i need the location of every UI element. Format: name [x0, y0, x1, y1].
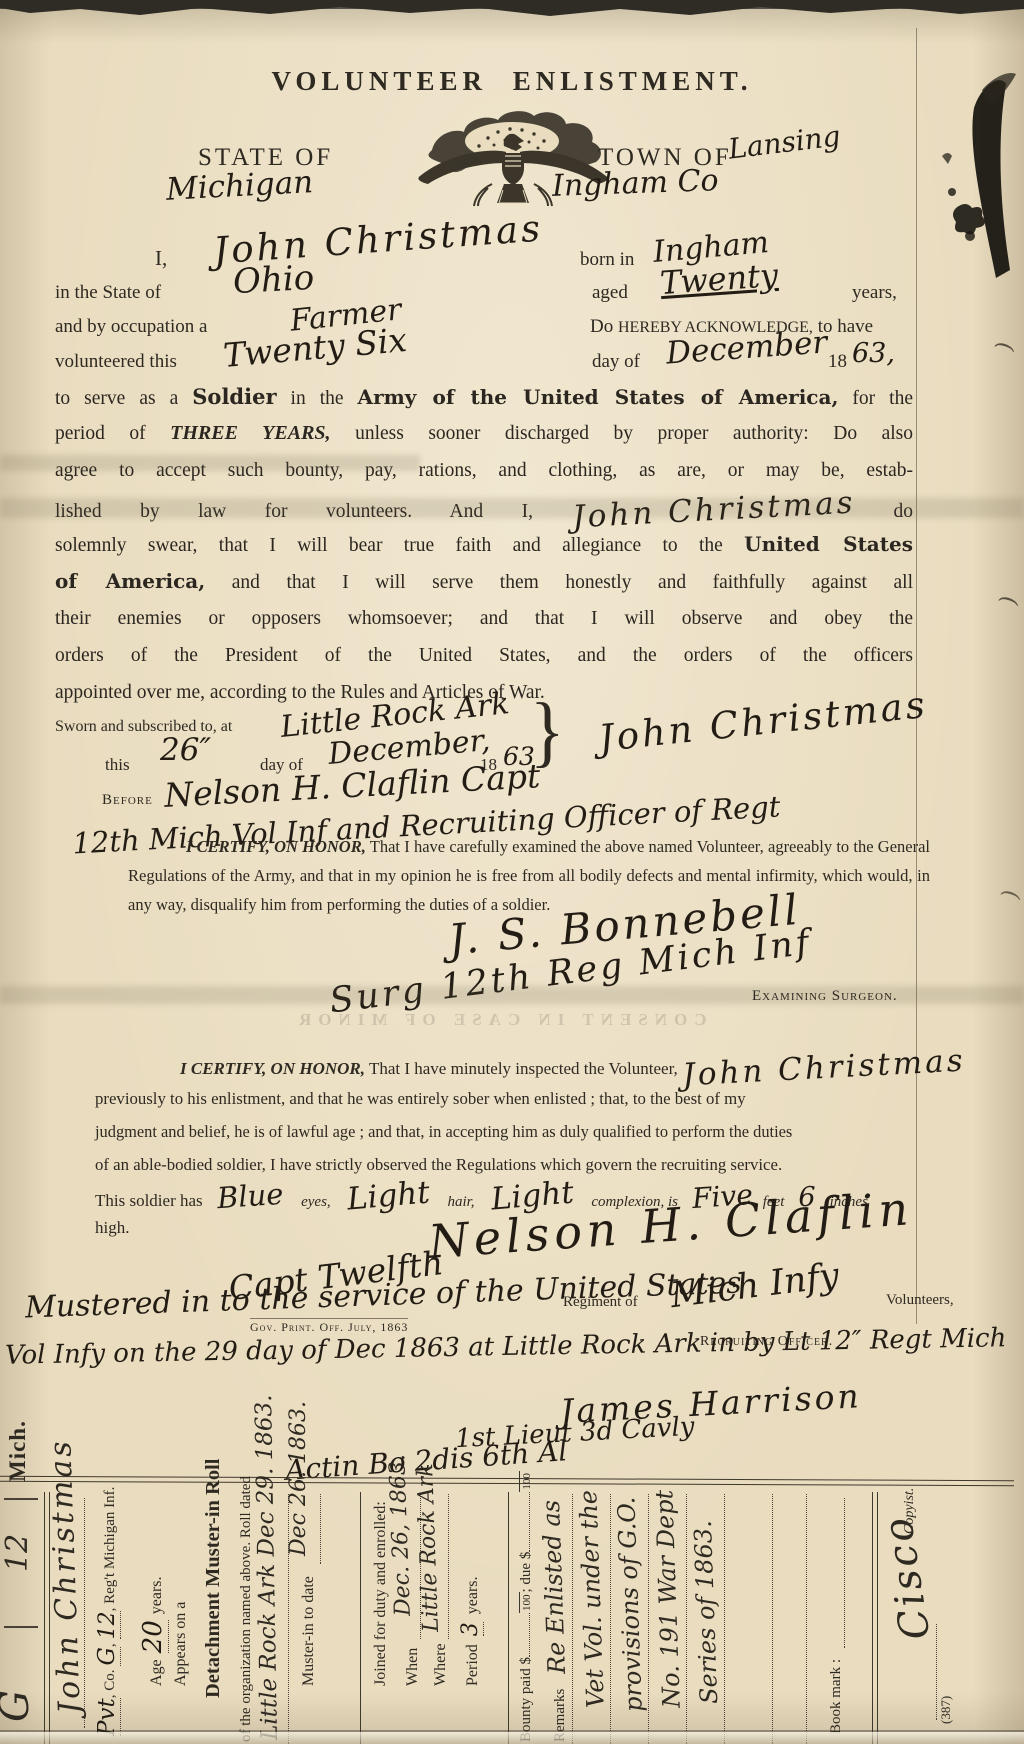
stub-rotated-content: G 12 Mich. John Christmas Pvt , Co. G , … — [0, 1486, 1024, 1744]
stub-age-line: Age 20 years. — [138, 1576, 169, 1686]
oath-i-label: I, — [155, 246, 167, 271]
volunteer-name-inspected: John Christmas — [682, 1043, 967, 1094]
stub-section-rule — [508, 1492, 509, 1744]
volunteer-enlistment-scan: VOLUNTEER ENLISTMENT. — [0, 0, 1024, 1744]
stub-remark-5: Series of 1863. — [689, 1520, 723, 1704]
stub-where-value: Little Rock Ark — [413, 1463, 444, 1632]
oath-line-6: period of THREE YEARS, unless sooner dis… — [55, 415, 913, 452]
stub-rank-line: Pvt , Co. G , 12 , Reg't Michigan Inf. — [94, 1487, 121, 1736]
stub-due-blank — [529, 1492, 530, 1552]
stub-dotted-rule — [572, 1494, 573, 1744]
stub-co-label: , Co. — [102, 1670, 119, 1699]
stub-regt-label: , Reg't Michigan Inf. — [102, 1487, 119, 1612]
stub-dotted-rule — [772, 1494, 773, 1744]
day-of-label: day of — [592, 351, 640, 373]
stub-cell-divider — [4, 1627, 38, 1629]
stub-dotted-rule — [686, 1494, 687, 1744]
stub-muster-label: Muster-in to date — [300, 1576, 318, 1686]
stub-section-rule — [360, 1492, 361, 1744]
stub-sep: , — [102, 1643, 119, 1647]
muster-note-line-2: Vol Infy on the 29 day of Dec 1863 at Li… — [5, 1323, 1007, 1370]
scan-smudge — [0, 498, 1024, 518]
army-words: Army of the United States of America, — [358, 385, 839, 409]
muster-in-roll-stub: G 12 Mich. John Christmas Pvt , Co. G , … — [0, 1486, 1024, 1744]
certify-lead: I CERTIFY, ON HONOR, — [180, 1059, 365, 1078]
soldier-has-label: This soldier has — [95, 1191, 203, 1211]
stub-dotted-rule — [320, 1494, 321, 1564]
hair-value: Light — [345, 1174, 431, 1217]
oath-line-10: of America, and that I will serve them h… — [55, 563, 913, 601]
stub-form-number: (387) — [938, 1696, 954, 1724]
county-value: Ingham Co — [551, 163, 719, 204]
ack-do: Do — [590, 316, 618, 337]
eyes-label: eyes, — [301, 1194, 331, 1211]
certify-lead: I CERTIFY, ON HONOR, — [186, 837, 366, 856]
state-of-value: Michigan — [165, 164, 314, 208]
year-printed: 18 — [828, 351, 847, 373]
text: solemnly swear, that I will bear true fa… — [55, 535, 744, 556]
stub-period-line: Period 3 years. — [458, 1576, 484, 1686]
town-of-value: Lansing — [726, 119, 842, 165]
form-title: VOLUNTEER ENLISTMENT. — [0, 66, 1024, 97]
stub-separator-rule — [0, 1476, 1014, 1486]
stub-period-years: years. — [464, 1576, 482, 1614]
volunteered-label: volunteered this — [55, 351, 177, 373]
sworn-day-value: 26″ — [160, 732, 211, 768]
stub-muster-value: Dec 26. 1863. — [286, 1401, 311, 1556]
text: to serve as a — [55, 388, 192, 409]
text: in the — [277, 388, 358, 409]
stub-cell-divider — [4, 1499, 38, 1501]
text: for the — [838, 388, 913, 409]
united-states-words: United States — [744, 532, 913, 556]
years-label: years, — [852, 282, 897, 304]
occupation-label: and by occupation a — [55, 316, 207, 338]
stub-state: Mich. — [5, 1420, 31, 1482]
oath-line-5: to serve as a Soldier in the Army of the… — [55, 378, 913, 417]
year-value: 63, — [852, 338, 895, 369]
stub-bounty-frac: 100 — [519, 1593, 533, 1614]
volunteered-value: Twenty Six — [222, 320, 409, 375]
state-of-birth-label: in the State of — [55, 282, 161, 304]
recruit-certify-line-d: of an able-bodied soldier, I have strict… — [95, 1155, 928, 1175]
stub-remark-3: provisions of G.O. — [612, 1496, 647, 1712]
stub-remark-2: Vet Vol. under the — [574, 1490, 610, 1709]
scan-smudge — [0, 455, 420, 471]
oath-line-12: orders of the President of the United St… — [55, 637, 913, 674]
stub-when-label: When — [404, 1648, 422, 1686]
stub-dotted-rule — [610, 1494, 611, 1744]
high-label: high. — [95, 1218, 129, 1238]
stub-dotted-rule — [648, 1494, 649, 1744]
aged-value: Twenty — [659, 256, 779, 302]
margin-mark: ( — [991, 341, 1017, 352]
of-america-words: of America, — [55, 569, 205, 593]
stub-appears-label: Appears on a — [172, 1602, 190, 1686]
examining-surgeon-label: Examining Surgeon. — [752, 988, 898, 1005]
stub-due-frac: 100 — [519, 1471, 533, 1492]
aged-label: aged — [592, 282, 628, 304]
stub-dotted-rule — [806, 1494, 807, 1744]
stub-dotted-rule — [844, 1498, 845, 1648]
this-label: this — [105, 755, 130, 775]
text: period of — [55, 423, 170, 444]
stub-period-value: 3 — [458, 1622, 484, 1636]
stub-period-label: Period — [464, 1644, 482, 1686]
bleed-through-text: CONSENT IN CASE OF MINOR — [292, 1010, 707, 1030]
born-in-label: born in — [580, 249, 634, 271]
stub-copyist-line — [936, 1624, 937, 1720]
recruit-certify-line-c: judgment and belief, he is of lawful age… — [95, 1122, 928, 1142]
eyes-value: Blue — [216, 1177, 285, 1216]
stub-due-label: ; due $ — [518, 1552, 535, 1593]
stub-dotted-rule — [724, 1494, 725, 1744]
stub-company: G — [0, 1690, 38, 1722]
stub-where-label: Where — [432, 1643, 450, 1686]
stub-age-label: Age — [148, 1659, 166, 1686]
federal-eagle-emblem — [404, 104, 624, 222]
oath-line-11: their enemies or opposers whomsoever; an… — [55, 600, 913, 637]
stub-dotted-rule — [448, 1494, 449, 1639]
stub-age-value: 20 — [138, 1620, 169, 1653]
oath-line-9: solemnly swear, that I will bear true fa… — [55, 526, 913, 564]
stub-bookmark-label: Book mark : — [828, 1659, 845, 1734]
stub-age-years: years. — [148, 1576, 166, 1614]
stub-co-value: G — [94, 1647, 121, 1665]
margin-mark: ( — [997, 889, 1023, 900]
text: and that I will serve them honestly and … — [205, 572, 913, 593]
soldier-word: Soldier — [192, 384, 276, 409]
stub-roll-title: Detachment Muster-in Roll — [202, 1459, 225, 1699]
stub-regt-value: 12 — [95, 1611, 121, 1639]
ink-blot — [912, 60, 1024, 300]
text: unless sooner discharged by proper autho… — [331, 423, 913, 444]
recruit-certify-line-a: I CERTIFY, ON HONOR, That I have minutel… — [95, 1046, 966, 1082]
state-of-birth-value: Ohio — [232, 258, 315, 302]
stub-remark-4: No. 191 War Dept — [650, 1489, 686, 1708]
surgeon-certificate-paragraph: I CERTIFY, ON HONOR, That I have careful… — [128, 832, 930, 919]
stub-roll-date-value: Little Rock Ark Dec 29. 1863. — [251, 1394, 283, 1740]
volunteers-label: Volunteers, — [886, 1292, 954, 1309]
stub-bounty-blank — [529, 1613, 530, 1657]
bottom-paper-margin — [0, 1732, 1024, 1744]
three-years-words: THREE YEARS, — [170, 422, 330, 444]
gov-print-line: Gov. Print. Off. July, 1863 — [250, 1318, 408, 1335]
recruit-certify-line-b: previously to his enlistment, and that h… — [95, 1089, 928, 1109]
torn-paper-edge — [0, 0, 1024, 20]
before-label: Before — [102, 792, 153, 809]
stub-bounty-line: Bounty paid $ 100 ; due $ 100 — [518, 1471, 535, 1742]
text: That I have minutely inspected the Volun… — [365, 1059, 678, 1078]
margin-mark: ( — [995, 595, 1021, 606]
hair-label: hair, — [447, 1194, 474, 1211]
stub-regiment: 12 — [0, 1534, 35, 1572]
stub-copyist-label: Copyist. — [902, 1488, 918, 1534]
stub-remark-1: Re Enlisted as — [537, 1500, 571, 1675]
